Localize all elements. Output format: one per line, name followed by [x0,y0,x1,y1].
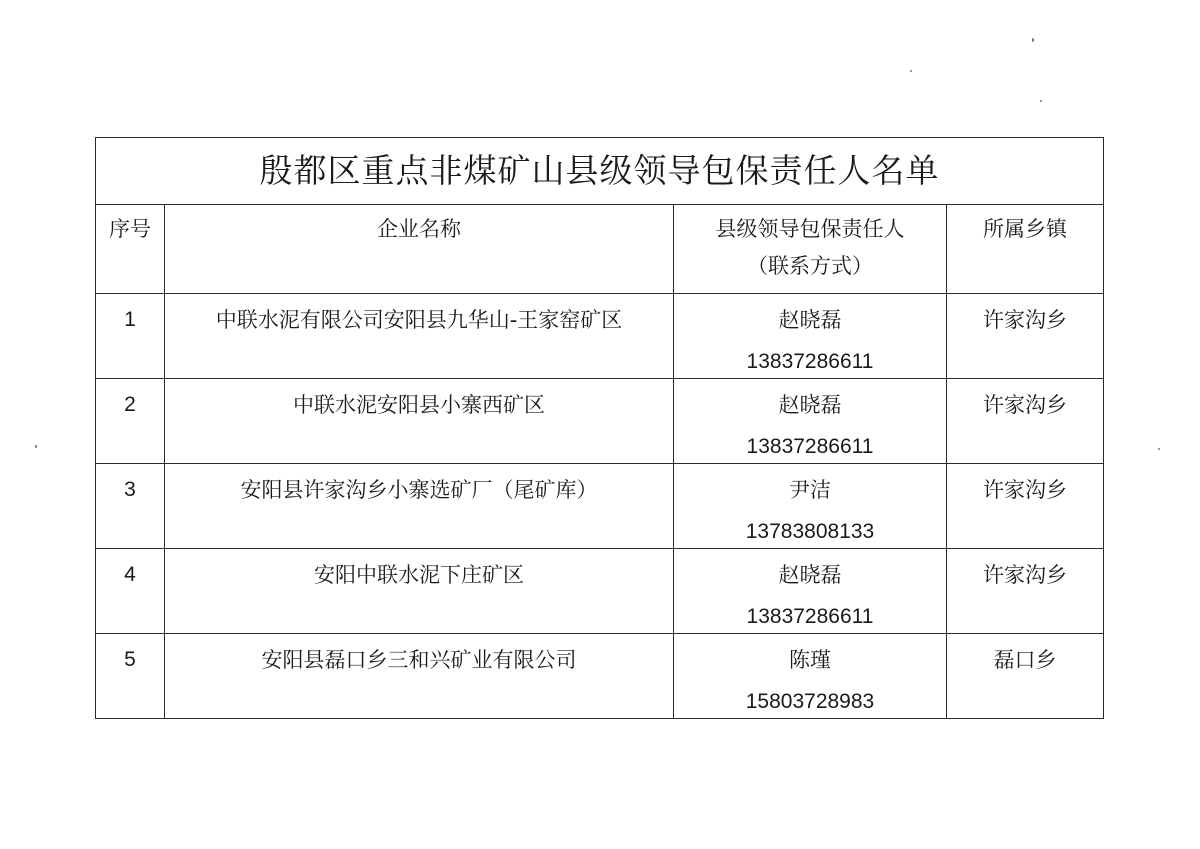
table-row: 4 安阳中联水泥下庄矿区 赵晓磊 13837286611 许家沟乡 [96,549,1104,634]
row-town: 许家沟乡 [947,464,1104,549]
header-town: 所属乡镇 [947,205,1104,294]
row-phone: 13837286611 [674,603,946,631]
row-leader: 尹洁 13783808133 [674,464,947,549]
responsibility-table: 殷都区重点非煤矿山县级领导包保责任人名单 序号 企业名称 县级领导包保责任人 （… [95,137,1104,719]
row-phone: 13837286611 [674,348,946,376]
scan-speck [910,70,912,72]
row-phone: 15803728983 [674,688,946,716]
row-leader: 赵晓磊 13837286611 [674,294,947,379]
row-company: 中联水泥安阳县小寨西矿区 [165,379,674,464]
row-index: 1 [96,294,165,379]
row-leader: 赵晓磊 13837286611 [674,379,947,464]
row-index: 4 [96,549,165,634]
row-company: 安阳中联水泥下庄矿区 [165,549,674,634]
scan-speck [1040,100,1042,102]
table-row: 3 安阳县许家沟乡小寨选矿厂（尾矿库） 尹洁 13783808133 许家沟乡 [96,464,1104,549]
row-index: 3 [96,464,165,549]
row-town: 许家沟乡 [947,294,1104,379]
row-phone: 13837286611 [674,433,946,461]
row-company: 安阳县磊口乡三和兴矿业有限公司 [165,634,674,719]
scan-speck [1158,448,1160,450]
table-row: 2 中联水泥安阳县小寨西矿区 赵晓磊 13837286611 许家沟乡 [96,379,1104,464]
row-phone: 13783808133 [674,518,946,546]
title-cell: 殷都区重点非煤矿山县级领导包保责任人名单 [96,138,1104,205]
scan-speck [35,445,37,448]
row-leader: 赵晓磊 13837286611 [674,549,947,634]
row-index: 2 [96,379,165,464]
table-row: 1 中联水泥有限公司安阳县九华山-王家窑矿区 赵晓磊 13837286611 许… [96,294,1104,379]
header-leader: 县级领导包保责任人 （联系方式） [674,205,947,294]
row-leader: 陈瑾 15803728983 [674,634,947,719]
scan-speck [1032,38,1034,42]
row-company: 安阳县许家沟乡小寨选矿厂（尾矿库） [165,464,674,549]
header-index: 序号 [96,205,165,294]
row-index: 5 [96,634,165,719]
row-town: 许家沟乡 [947,379,1104,464]
header-row: 序号 企业名称 县级领导包保责任人 （联系方式） 所属乡镇 [96,205,1104,294]
document-title: 殷都区重点非煤矿山县级领导包保责任人名单 [260,151,940,190]
header-company: 企业名称 [165,205,674,294]
row-company: 中联水泥有限公司安阳县九华山-王家窑矿区 [165,294,674,379]
table-row: 5 安阳县磊口乡三和兴矿业有限公司 陈瑾 15803728983 磊口乡 [96,634,1104,719]
row-town: 磊口乡 [947,634,1104,719]
row-town: 许家沟乡 [947,549,1104,634]
